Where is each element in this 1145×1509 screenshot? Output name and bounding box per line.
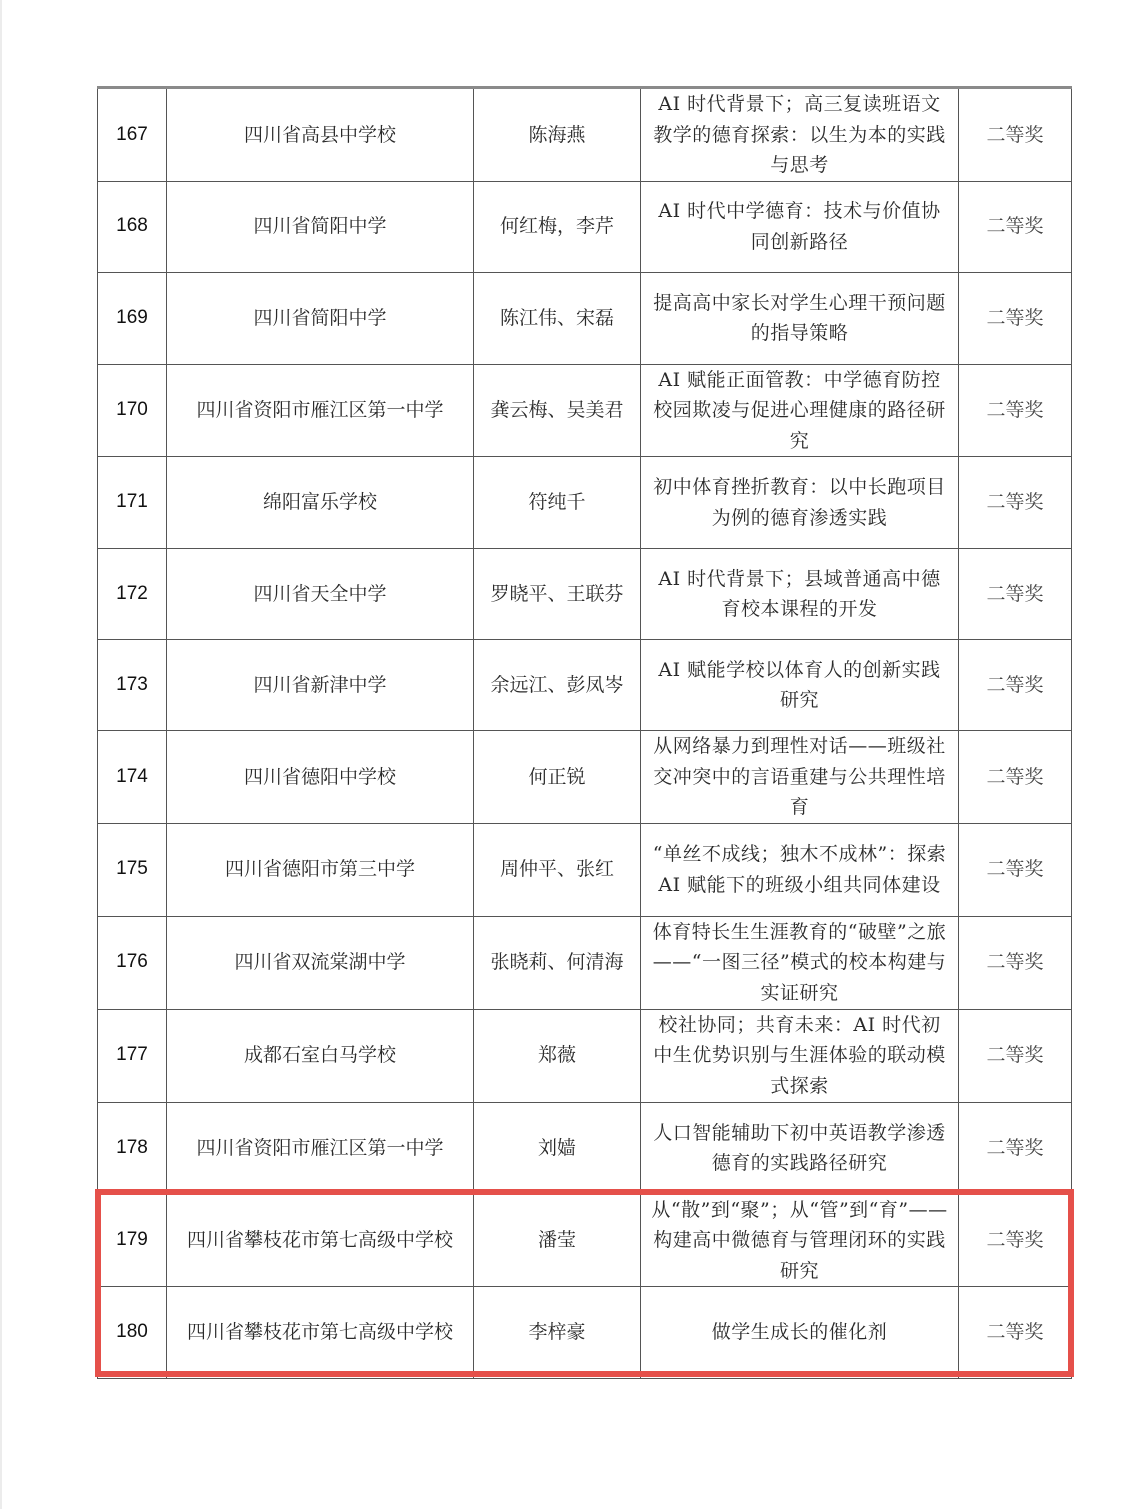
authors-cell: 郑薇	[474, 1009, 641, 1102]
title-cell: 人口智能辅助下初中英语教学渗透德育的实践路径研究	[641, 1102, 959, 1194]
school-cell: 四川省资阳市雁江区第一中学	[167, 1102, 474, 1194]
award-cell: 二等奖	[959, 364, 1072, 457]
title-cell: 做学生成长的催化剂	[641, 1287, 959, 1379]
school-cell: 四川省资阳市雁江区第一中学	[167, 364, 474, 457]
row-number: 174	[98, 731, 167, 824]
award-cell: 二等奖	[959, 731, 1072, 824]
table-row: 175 四川省德阳市第三中学 周仲平、张红 “单丝不成线；独木不成林”：探索 A…	[98, 823, 1072, 916]
title-cell: 从网络暴力到理性对话——班级社交冲突中的言语重建与公共理性培育	[641, 731, 959, 824]
row-number: 168	[98, 181, 167, 272]
school-cell: 绵阳富乐学校	[167, 457, 474, 549]
row-number: 173	[98, 640, 167, 731]
row-number: 167	[98, 88, 167, 182]
title-cell: AI 时代背景下；县域普通高中德育校本课程的开发	[641, 549, 959, 640]
table-row: 168 四川省简阳中学 何红梅，李芹 AI 时代中学德育：技术与价值协同创新路径…	[98, 181, 1072, 272]
award-cell: 二等奖	[959, 1102, 1072, 1194]
row-number: 178	[98, 1102, 167, 1194]
title-cell: AI 时代背景下；高三复读班语文教学的德育探索：以生为本的实践与思考	[641, 88, 959, 182]
row-number: 169	[98, 272, 167, 364]
row-number: 175	[98, 823, 167, 916]
school-cell: 四川省简阳中学	[167, 272, 474, 364]
row-number: 179	[98, 1194, 167, 1287]
title-cell: 提高高中家长对学生心理干预问题的指导策略	[641, 272, 959, 364]
school-cell: 成都石室白马学校	[167, 1009, 474, 1102]
table-row-highlighted: 180 四川省攀枝花市第七高级中学校 李梓豪 做学生成长的催化剂 二等奖	[98, 1287, 1072, 1379]
school-cell: 四川省双流棠湖中学	[167, 916, 474, 1009]
authors-cell: 刘嫱	[474, 1102, 641, 1194]
title-cell: AI 时代中学德育：技术与价值协同创新路径	[641, 181, 959, 272]
row-number: 172	[98, 549, 167, 640]
table-row: 169 四川省简阳中学 陈江伟、宋磊 提高高中家长对学生心理干预问题的指导策略 …	[98, 272, 1072, 364]
row-number: 171	[98, 457, 167, 549]
table-row: 177 成都石室白马学校 郑薇 校社协同；共育未来：AI 时代初中生优势识别与生…	[98, 1009, 1072, 1102]
authors-cell: 罗晓平、王联芬	[474, 549, 641, 640]
table-row: 172 四川省天全中学 罗晓平、王联芬 AI 时代背景下；县域普通高中德育校本课…	[98, 549, 1072, 640]
table-row: 170 四川省资阳市雁江区第一中学 龚云梅、吴美君 AI 赋能正面管教：中学德育…	[98, 364, 1072, 457]
authors-cell: 张晓莉、何清海	[474, 916, 641, 1009]
school-cell: 四川省攀枝花市第七高级中学校	[167, 1194, 474, 1287]
award-cell: 二等奖	[959, 823, 1072, 916]
award-cell: 二等奖	[959, 272, 1072, 364]
table-row: 176 四川省双流棠湖中学 张晓莉、何清海 体育特长生生涯教育的“破壁”之旅——…	[98, 916, 1072, 1009]
table-row-highlighted: 179 四川省攀枝花市第七高级中学校 潘莹 从“散”到“聚”；从“管”到“育”—…	[98, 1194, 1072, 1287]
school-cell: 四川省高县中学校	[167, 88, 474, 182]
awards-table: 167 四川省高县中学校 陈海燕 AI 时代背景下；高三复读班语文教学的德育探索…	[97, 86, 1072, 1379]
table-row: 171 绵阳富乐学校 符纯千 初中体育挫折教育：以中长跑项目为例的德育渗透实践 …	[98, 457, 1072, 549]
authors-cell: 何红梅，李芹	[474, 181, 641, 272]
authors-cell: 陈江伟、宋磊	[474, 272, 641, 364]
school-cell: 四川省攀枝花市第七高级中学校	[167, 1287, 474, 1379]
school-cell: 四川省德阳市第三中学	[167, 823, 474, 916]
authors-cell: 李梓豪	[474, 1287, 641, 1379]
award-cell: 二等奖	[959, 1009, 1072, 1102]
title-cell: 校社协同；共育未来：AI 时代初中生优势识别与生涯体验的联动模式探索	[641, 1009, 959, 1102]
table-row: 173 四川省新津中学 余远江、彭凤岑 AI 赋能学校以体育人的创新实践研究 二…	[98, 640, 1072, 731]
row-number: 176	[98, 916, 167, 1009]
title-cell: 初中体育挫折教育：以中长跑项目为例的德育渗透实践	[641, 457, 959, 549]
school-cell: 四川省新津中学	[167, 640, 474, 731]
authors-cell: 余远江、彭凤岑	[474, 640, 641, 731]
authors-cell: 符纯千	[474, 457, 641, 549]
authors-cell: 潘莹	[474, 1194, 641, 1287]
award-cell: 二等奖	[959, 88, 1072, 182]
title-cell: 体育特长生生涯教育的“破壁”之旅——“一图三径”模式的校本构建与实证研究	[641, 916, 959, 1009]
authors-cell: 周仲平、张红	[474, 823, 641, 916]
school-cell: 四川省简阳中学	[167, 181, 474, 272]
title-cell: 从“散”到“聚”；从“管”到“育”——构建高中微德育与管理闭环的实践研究	[641, 1194, 959, 1287]
award-cell: 二等奖	[959, 549, 1072, 640]
title-cell: “单丝不成线；独木不成林”：探索 AI 赋能下的班级小组共同体建设	[641, 823, 959, 916]
title-cell: AI 赋能学校以体育人的创新实践研究	[641, 640, 959, 731]
award-cell: 二等奖	[959, 457, 1072, 549]
authors-cell: 陈海燕	[474, 88, 641, 182]
row-number: 180	[98, 1287, 167, 1379]
award-cell: 二等奖	[959, 640, 1072, 731]
school-cell: 四川省天全中学	[167, 549, 474, 640]
table-row: 174 四川省德阳中学校 何正锐 从网络暴力到理性对话——班级社交冲突中的言语重…	[98, 731, 1072, 824]
page-left-edge	[0, 0, 2, 1509]
school-cell: 四川省德阳中学校	[167, 731, 474, 824]
award-cell: 二等奖	[959, 181, 1072, 272]
title-cell: AI 赋能正面管教：中学德育防控校园欺凌与促进心理健康的路径研究	[641, 364, 959, 457]
table-row: 167 四川省高县中学校 陈海燕 AI 时代背景下；高三复读班语文教学的德育探索…	[98, 88, 1072, 182]
award-cell: 二等奖	[959, 1287, 1072, 1379]
table-row: 178 四川省资阳市雁江区第一中学 刘嫱 人口智能辅助下初中英语教学渗透德育的实…	[98, 1102, 1072, 1194]
row-number: 170	[98, 364, 167, 457]
authors-cell: 龚云梅、吴美君	[474, 364, 641, 457]
award-cell: 二等奖	[959, 1194, 1072, 1287]
authors-cell: 何正锐	[474, 731, 641, 824]
row-number: 177	[98, 1009, 167, 1102]
award-cell: 二等奖	[959, 916, 1072, 1009]
